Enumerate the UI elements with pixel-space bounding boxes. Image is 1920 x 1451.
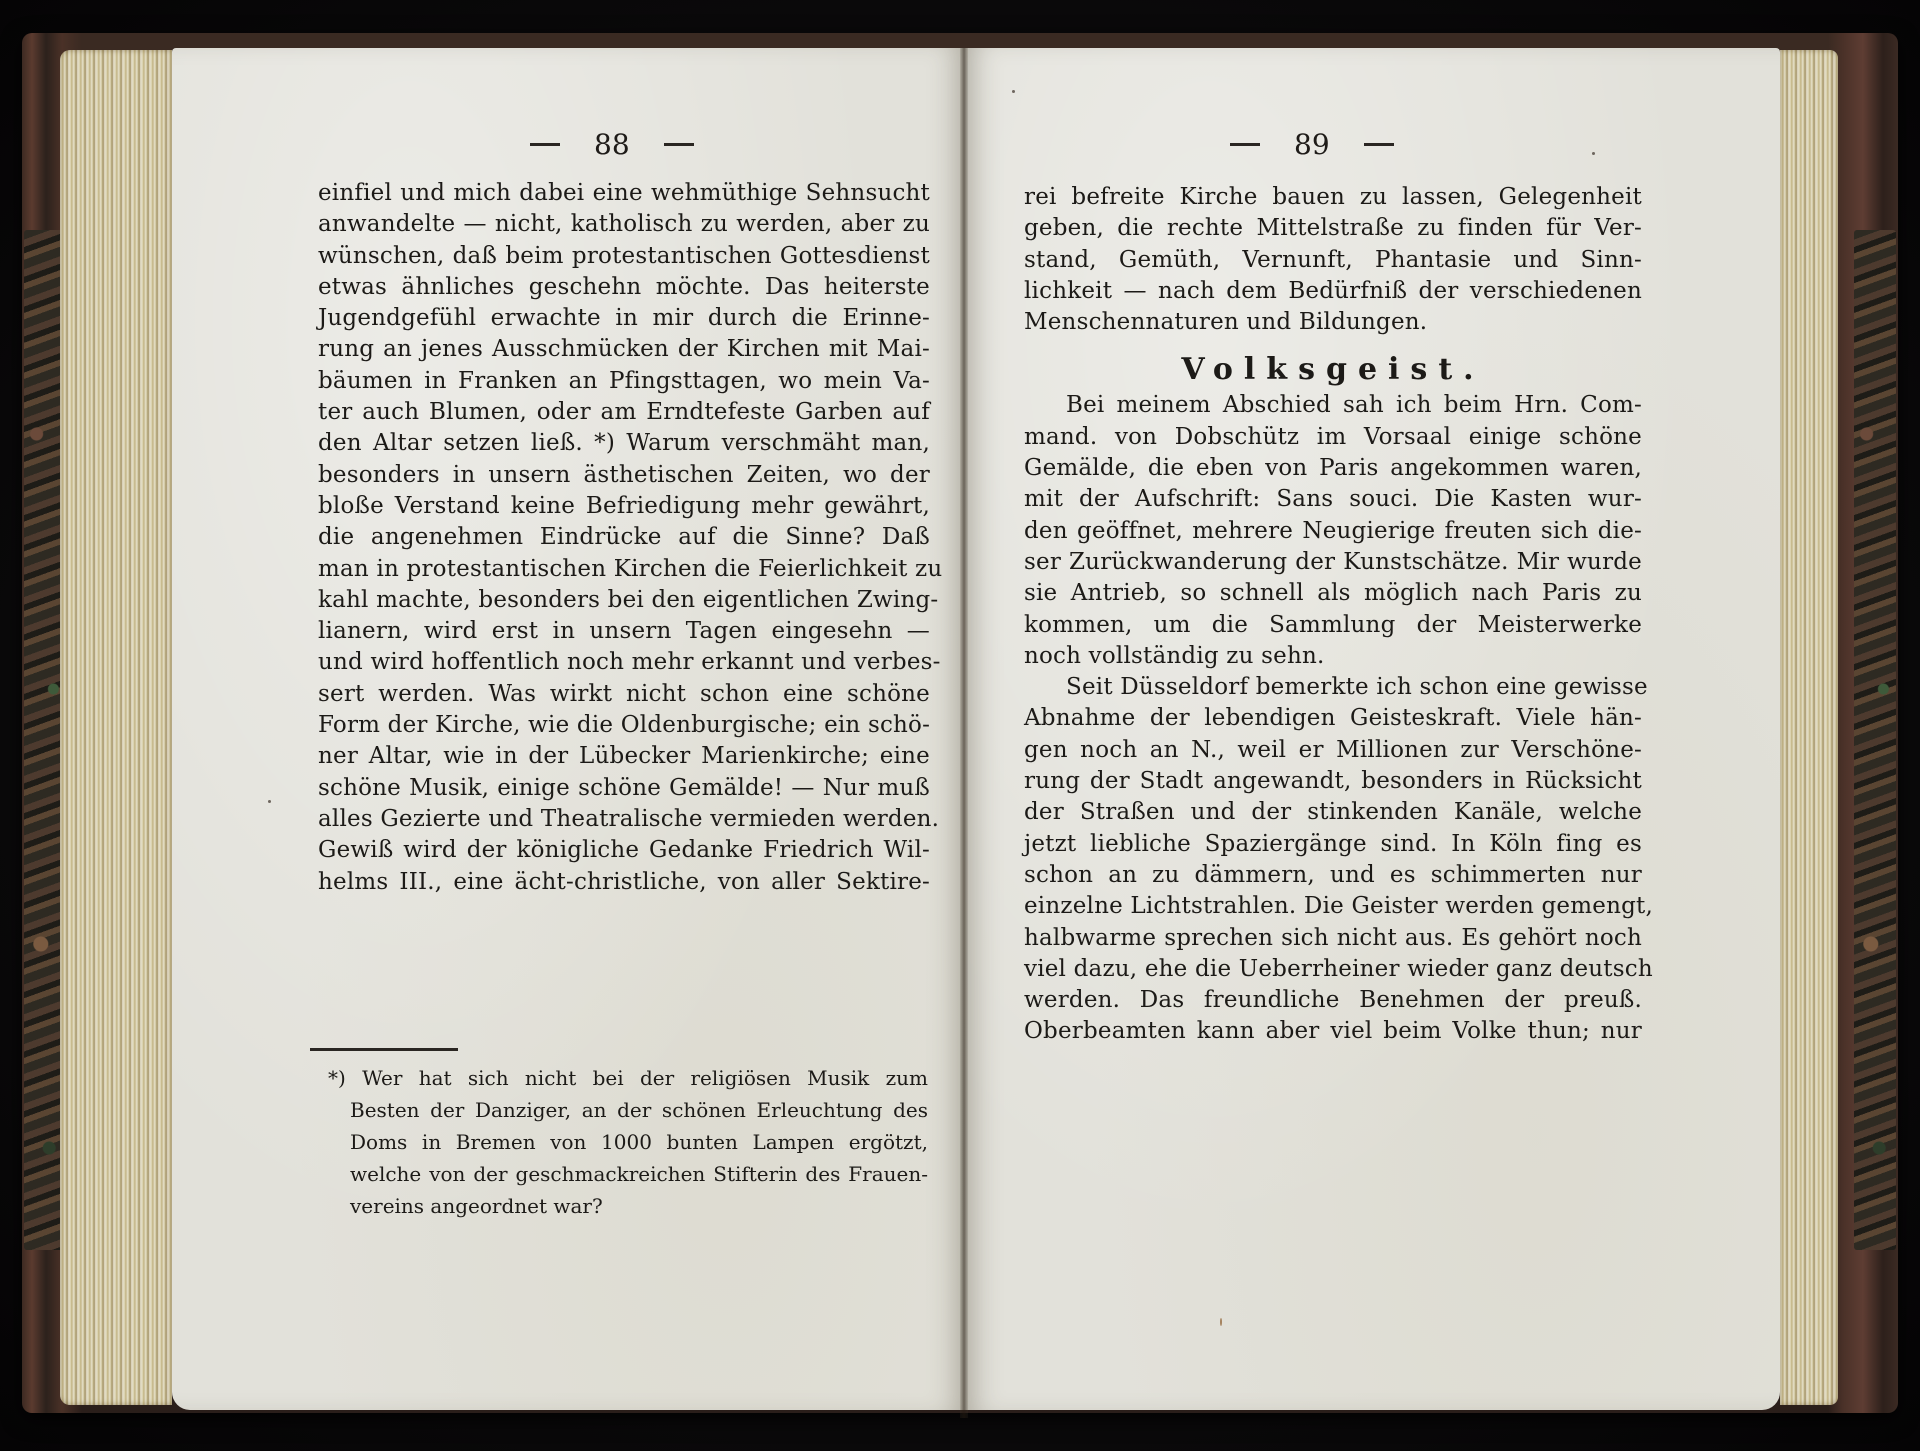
text-line: Jugendgefühl erwachte in mir durch die E…	[318, 303, 930, 334]
section-heading: Volksgeist.	[1024, 344, 1642, 390]
footnote-rule	[310, 1048, 458, 1051]
text-line: einzelne Lichtstrahlen. Die Geister werd…	[1024, 891, 1642, 922]
text-line: mand. von Dobschütz im Vorsaal einige sc…	[1024, 422, 1642, 453]
text-line: bloße Verstand keine Befriedigung mehr g…	[318, 491, 930, 522]
text-line: Gewiß wird der königliche Gedanke Friedr…	[318, 835, 930, 866]
text-line: werden. Das freundliche Benehmen der pre…	[1024, 985, 1642, 1016]
ornament-dash	[1230, 143, 1260, 146]
text-line: Bei meinem Abschied sah ich beim Hrn. Co…	[1024, 390, 1642, 421]
text-line: Abnahme der lebendigen Geisteskraft. Vie…	[1024, 703, 1642, 734]
page-edges-left	[60, 50, 172, 1405]
text-line: man in protestantischen Kirchen die Feie…	[318, 554, 930, 585]
footnote-line: Besten der Danziger, an der schönen Erle…	[328, 1094, 928, 1126]
text-line: lichkeit — nach dem Bedürfniß der versch…	[1024, 276, 1642, 307]
text-line: mit der Aufschrift: Sans souci. Die Kast…	[1024, 484, 1642, 515]
text-line: den geöffnet, mehrere Neugierige freuten…	[1024, 516, 1642, 547]
text-line: sie Antrieb, so schnell als möglich nach…	[1024, 578, 1642, 609]
text-line: jetzt liebliche Spaziergänge sind. In Kö…	[1024, 829, 1642, 860]
footnote-line: welche von der geschmackreichen Stifteri…	[328, 1158, 928, 1190]
text-line: geben, die rechte Mittelstraße zu finden…	[1024, 213, 1642, 244]
text-line: den Altar setzen ließ. *) Warum verschmä…	[318, 428, 930, 459]
text-line: Menschennaturen und Bildungen.	[1024, 307, 1642, 338]
text-line: und wird hoffentlich noch mehr erkannt u…	[318, 647, 930, 678]
page-number-right: 89	[1294, 128, 1330, 161]
text-line: bäumen in Franken an Pfingsttagen, wo me…	[318, 366, 930, 397]
ornament-dash	[1364, 143, 1394, 146]
text-line: die angenehmen Eindrücke auf die Sinne? …	[318, 522, 930, 553]
text-line: rung an jenes Ausschmücken der Kirchen m…	[318, 334, 930, 365]
text-line: schon an zu dämmern, und es schimmerten …	[1024, 860, 1642, 891]
text-line: lianern, wird erst in unsern Tagen einge…	[318, 616, 930, 647]
text-line: Gemälde, die eben von Paris angekommen w…	[1024, 453, 1642, 484]
text-line: ner Altar, wie in der Lübecker Marienkir…	[318, 741, 930, 772]
text-line: halbwarme sprechen sich nicht aus. Es ge…	[1024, 923, 1642, 954]
text-line: schöne Musik, einige schöne Gemälde! — N…	[318, 773, 930, 804]
paper-speck	[1220, 1318, 1222, 1326]
text-line: alles Gezierte und Theatralische vermied…	[318, 804, 930, 835]
text-line: etwas ähnliches geschehn möchte. Das hei…	[318, 272, 930, 303]
text-line: kahl machte, besonders bei den eigentlic…	[318, 585, 930, 616]
text-line: rung der Stadt angewandt, besonders in R…	[1024, 766, 1642, 797]
text-line: Oberbeamten kann aber viel beim Volke th…	[1024, 1016, 1642, 1047]
text-line: Seit Düsseldorf bemerkte ich schon eine …	[1024, 672, 1642, 703]
paper-speck	[1592, 152, 1595, 155]
text-line: gen noch an N., weil er Millionen zur Ve…	[1024, 735, 1642, 766]
text-line: wünschen, daß beim protestantischen Gott…	[318, 241, 930, 272]
footnote: *) Wer hat sich nicht bei der religiösen…	[328, 1062, 928, 1222]
text-line: stand, Gemüth, Vernunft, Phantasie und S…	[1024, 245, 1642, 276]
text-line: ser Zurückwanderung der Kunstschätze. Mi…	[1024, 547, 1642, 578]
text-line: anwandelte — nicht, katholisch zu werden…	[318, 209, 930, 240]
text-line: helms III., eine ächt-christliche, von a…	[318, 867, 930, 898]
text-line: besonders in unsern ästhetischen Zeiten,…	[318, 460, 930, 491]
right-page-body: rei befreite Kirche bauen zu lassen, Gel…	[1024, 182, 1642, 1048]
text-line: kommen, um die Sammlung der Meisterwerke	[1024, 610, 1642, 641]
footnote-line: vereins angeordnet war?	[328, 1190, 928, 1222]
page-edges-right	[1780, 50, 1838, 1405]
text-line: Form der Kirche, wie die Oldenburgische;…	[318, 710, 930, 741]
text-line: der Straßen und der stinkenden Kanäle, w…	[1024, 797, 1642, 828]
text-line: viel dazu, ehe die Ueberrheiner wieder g…	[1024, 954, 1642, 985]
marbled-board-right	[1854, 230, 1896, 1250]
paper-speck	[268, 800, 271, 803]
footnote-line: *) Wer hat sich nicht bei der religiösen…	[328, 1062, 928, 1094]
book-gutter	[960, 48, 968, 1418]
text-line: ter auch Blumen, oder am Erndtefeste Gar…	[318, 397, 930, 428]
text-line: noch vollständig zu sehn.	[1024, 641, 1642, 672]
page-number-left: 88	[594, 128, 630, 161]
text-line: sert werden. Was wirkt nicht schon eine …	[318, 679, 930, 710]
text-line: einfiel und mich dabei eine wehmüthige S…	[318, 178, 930, 209]
running-head-left: 88	[530, 128, 694, 161]
paper-speck	[1012, 90, 1015, 93]
left-page-body: einfiel und mich dabei eine wehmüthige S…	[318, 178, 930, 898]
ornament-dash	[530, 143, 560, 146]
running-head-right: 89	[1230, 128, 1394, 161]
text-line: rei befreite Kirche bauen zu lassen, Gel…	[1024, 182, 1642, 213]
footnote-line: Doms in Bremen von 1000 bunten Lampen er…	[328, 1126, 928, 1158]
ornament-dash	[664, 143, 694, 146]
